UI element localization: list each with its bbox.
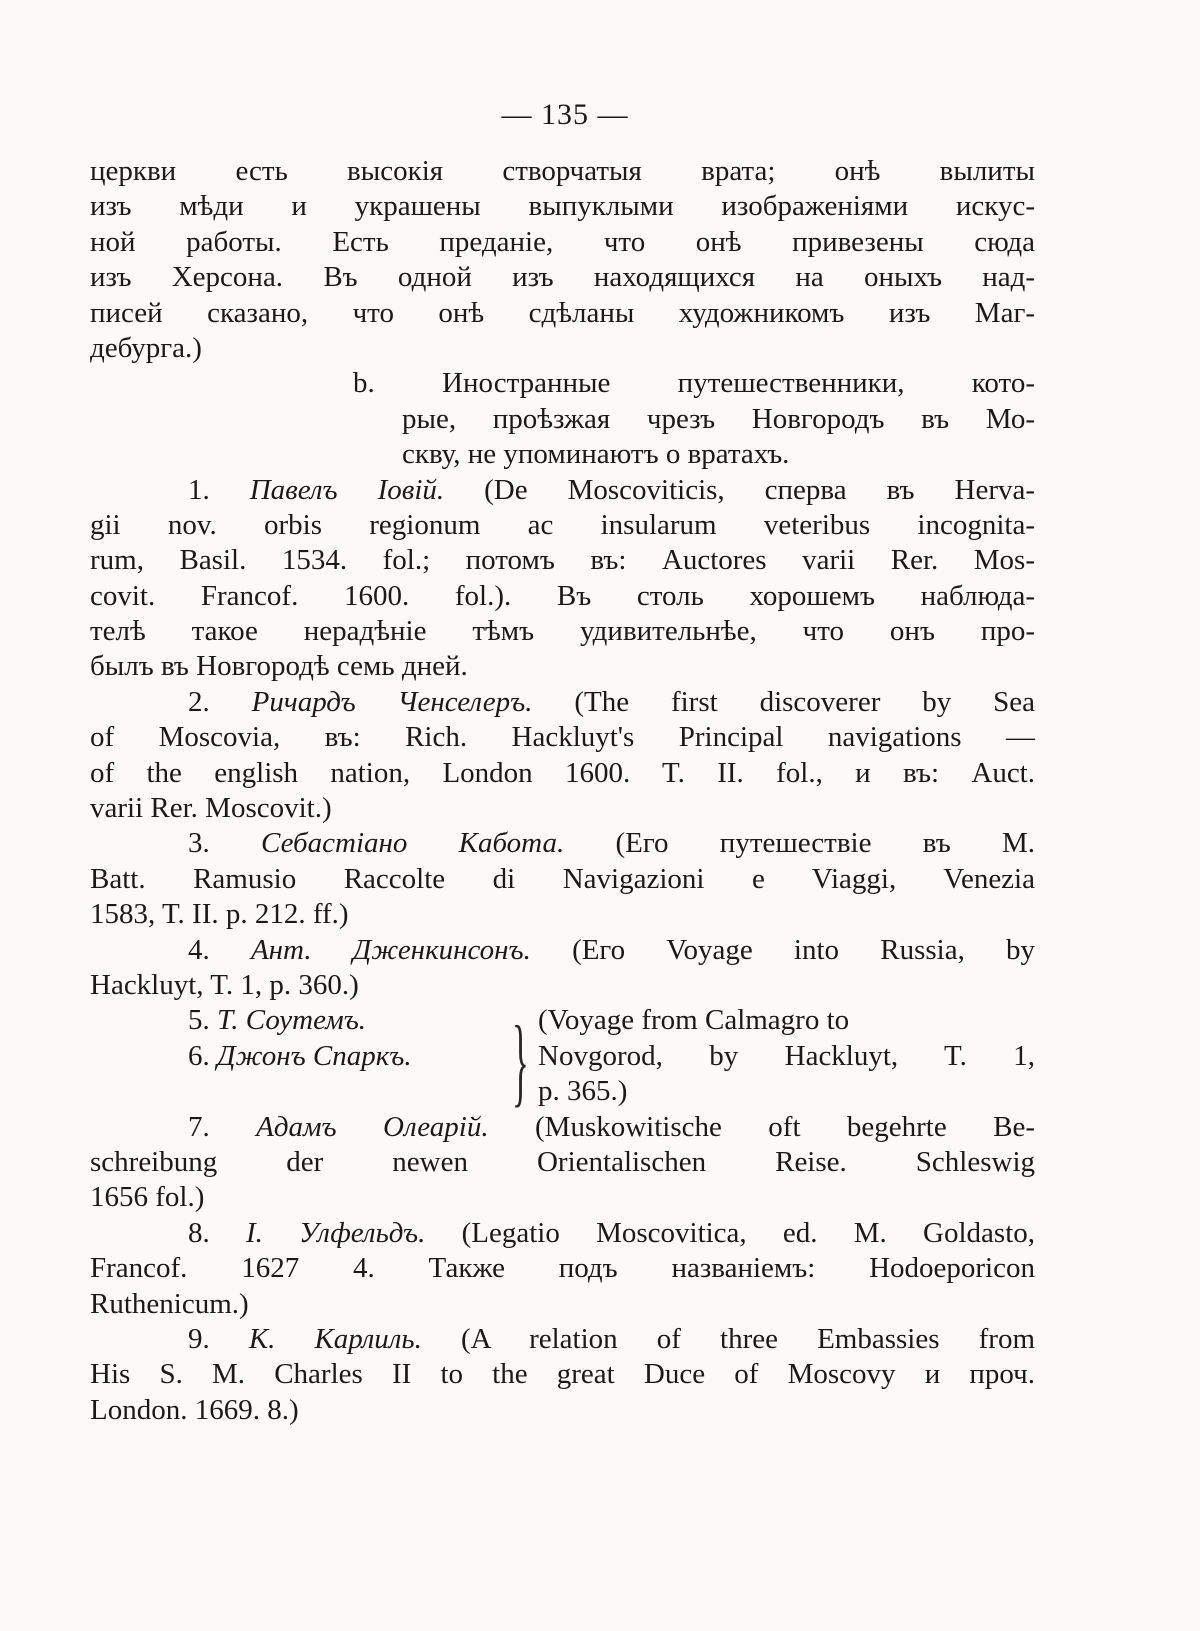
entry-first-line: 8. І. Улфельдъ. (Legatio Moscovitica, ed…: [90, 1216, 1035, 1251]
entry-line: телѣ такое нерадѣніе тѣмъ удивительнѣе, …: [90, 614, 1035, 649]
entry-4: 4. Ант. Дженкинсонъ. (Его Voyage into Ru…: [90, 933, 1035, 1004]
entry-author: Павелъ Іовій.: [250, 474, 444, 506]
entries-5-6: } 5. Т. Соутемъ. (Voyage from Calmagro t…: [90, 1003, 1035, 1109]
entry-author: Ант. Дженкинсонъ.: [251, 934, 531, 966]
shared-reference-line: (Voyage from Calmagro to: [538, 1003, 1035, 1038]
entry-6: 6. Джонъ Спаркъ. Novgorod, by Hackluyt, …: [90, 1039, 1035, 1074]
entry-number: 9.: [188, 1323, 210, 1355]
entry-line: gii nov. orbis regionum ac insularum vet…: [90, 508, 1035, 543]
entry-number: 2.: [188, 686, 210, 718]
entry-line: Batt. Ramusio Raccolte di Navigazioni e …: [90, 862, 1035, 897]
entry-text: (A relation of three Embassies from: [461, 1323, 1035, 1355]
entry-first-line: 2. Ричардъ Ченселеръ. (The first discove…: [90, 685, 1035, 720]
entry-line: varii Rer. Moscovit.): [90, 791, 1035, 826]
entry-line: Francof. 1627 4. Также подъ названіемъ: …: [90, 1251, 1035, 1286]
entry-number: 1.: [188, 474, 210, 506]
entry-number: 7.: [188, 1111, 210, 1143]
entry-9: 9. К. Карлиль. (A relation of three Emba…: [90, 1322, 1035, 1428]
entry-line: былъ въ Новгородѣ семь дней.: [90, 649, 1035, 684]
entry-first-line: 4. Ант. Дженкинсонъ. (Его Voyage into Ru…: [90, 933, 1035, 968]
shared-reference-line: p. 365.): [538, 1074, 1035, 1109]
entry-author: Ричардъ Ченселеръ.: [252, 686, 533, 718]
text-line: изъ мѣди и украшены выпуклыми изображені…: [90, 189, 1035, 224]
entry-line: London. 1669. 8.): [90, 1393, 1035, 1428]
entry-author: Себастіано Кабота.: [261, 827, 564, 859]
text-line: изъ Херсона. Въ одной изъ находящихся на…: [90, 260, 1035, 295]
entry-line: covit. Francof. 1600. fol.). Въ столь хо…: [90, 579, 1035, 614]
entry-line: schreibung der newen Orientalischen Reis…: [90, 1145, 1035, 1180]
entry-number: 8.: [188, 1217, 210, 1249]
text-line: писей сказано, что онѣ сдѣланы художнико…: [90, 296, 1035, 331]
entry-text: (The first discoverer by Sea: [574, 686, 1035, 718]
entry-line: of Moscovia, въ: Rich. Hackluyt's Princi…: [90, 720, 1035, 755]
entry-text: (Legatio Moscovitica, ed. M. Goldasto,: [462, 1217, 1035, 1249]
entry-line: His S. M. Charles II to the great Duce o…: [90, 1357, 1035, 1392]
entry-author: Т. Соутемъ.: [217, 1004, 366, 1036]
entry-2: 2. Ричардъ Ченселеръ. (The first discove…: [90, 685, 1035, 827]
entry-text: (Его путешествіе въ M.: [615, 827, 1035, 859]
entry-line: 1656 fol.): [90, 1180, 1035, 1215]
text-line: церкви есть высокія створчатыя врата; он…: [90, 154, 1035, 189]
entry-number: 4.: [188, 934, 210, 966]
heading-line: скву, не упоминаютъ о вратахъ.: [90, 437, 1035, 472]
entry-5: 5. Т. Соутемъ. (Voyage from Calmagro to: [90, 1003, 1035, 1038]
entry-first-line: 3. Себастіано Кабота. (Его путешествіе в…: [90, 826, 1035, 861]
entry-number: 5.: [188, 1004, 210, 1036]
entry-1: 1. Павелъ Іовій. (De Moscoviticis, сперв…: [90, 473, 1035, 685]
entry-first-line: 1. Павелъ Іовій. (De Moscoviticis, сперв…: [90, 473, 1035, 508]
heading-line: b. Иностранные путешественники, кото-: [90, 366, 1035, 401]
entry-3: 3. Себастіано Кабота. (Его путешествіе в…: [90, 826, 1035, 932]
entry-author: Адамъ Олеарій.: [256, 1111, 488, 1143]
entry-text: (Его Voyage into Russia, by: [572, 934, 1035, 966]
entry-line: of the english nation, London 1600. T. I…: [90, 756, 1035, 791]
entry-first-line: 9. К. Карлиль. (A relation of three Emba…: [90, 1322, 1035, 1357]
entry-line: 1583, T. II. p. 212. ff.): [90, 897, 1035, 932]
entry-text: (De Moscoviticis, сперва въ Herva-: [484, 474, 1035, 506]
entry-line: Hackluyt, T. 1, p. 360.): [90, 968, 1035, 1003]
page-body: церкви есть высокія створчатыя врата; он…: [90, 154, 1035, 1428]
page-number: — 135 —: [0, 98, 1130, 132]
entry-text: (Muskowitische oft begehrte Be-: [535, 1111, 1035, 1143]
entry-7: 7. Адамъ Олеарій. (Muskowitische oft beg…: [90, 1110, 1035, 1216]
entry-author: І. Улфельдъ.: [246, 1217, 425, 1249]
heading-line: рые, проѣзжая чрезъ Новгородъ въ Мо-: [90, 402, 1035, 437]
entry-line: rum, Basil. 1534. fol.; потомъ въ: Aucto…: [90, 543, 1035, 578]
text-line: дебурга.): [90, 331, 1035, 366]
entry-author: Джонъ Спаркъ.: [217, 1040, 412, 1072]
entry-first-line: 7. Адамъ Олеарій. (Muskowitische oft beg…: [90, 1110, 1035, 1145]
text-line: ной работы. Есть преданіе, что онѣ приве…: [90, 225, 1035, 260]
shared-reference-line: Novgorod, by Hackluyt, T. 1,: [538, 1039, 1035, 1074]
entry-number: 3.: [188, 827, 210, 859]
entry-8: 8. І. Улфельдъ. (Legatio Moscovitica, ed…: [90, 1216, 1035, 1322]
entry-line: Ruthenicum.): [90, 1287, 1035, 1322]
section-heading: b. Иностранные путешественники, кото- ры…: [90, 366, 1035, 472]
entry-author: К. Карлиль.: [249, 1323, 422, 1355]
entry-number: 6.: [188, 1040, 210, 1072]
intro-paragraph: церкви есть высокія створчатыя врата; он…: [90, 154, 1035, 366]
